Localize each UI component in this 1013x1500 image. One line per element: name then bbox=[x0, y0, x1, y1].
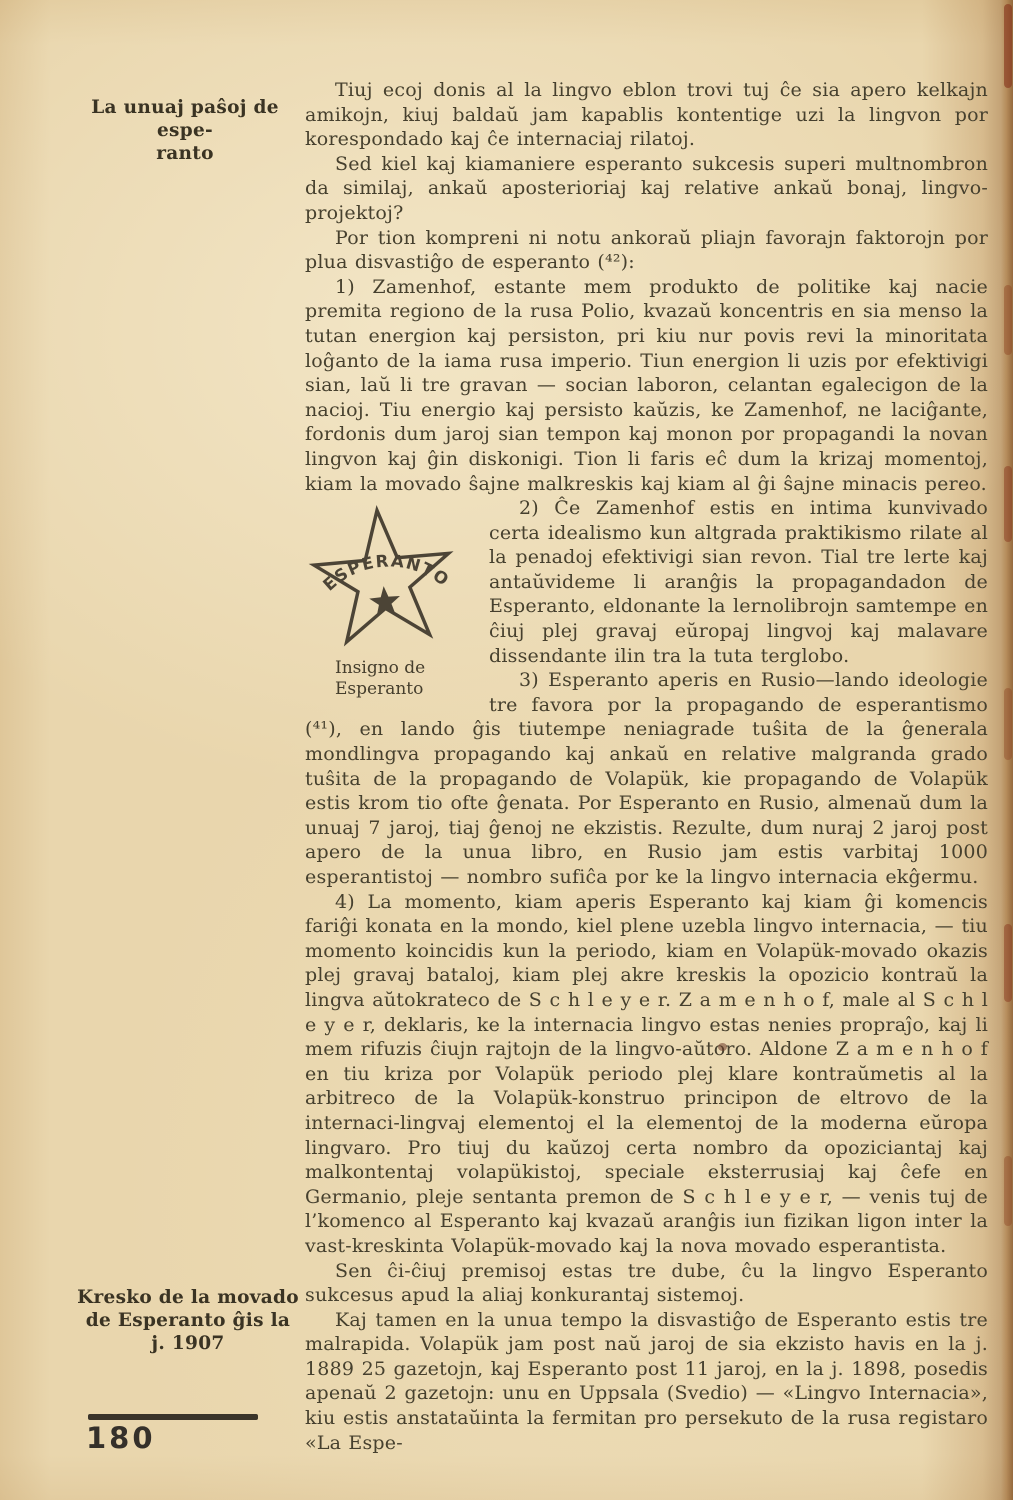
edge-stain-mark bbox=[1004, 688, 1012, 760]
margin-note-unuaj-pasoj: La unuaj paŝoj de espe- ranto bbox=[66, 96, 304, 165]
esperanto-star-figure: ESPERANTO Insigno de Esperanto bbox=[305, 498, 473, 700]
figure-caption: Insigno de Esperanto bbox=[335, 658, 473, 700]
edge-stain-mark bbox=[1004, 4, 1012, 88]
paragraph: Tiuj ecoj donis al la lingvo eblon trovi… bbox=[305, 78, 988, 152]
star-outline-icon bbox=[310, 505, 456, 645]
margin-note-line: ranto bbox=[66, 142, 304, 165]
paragraph: Sen ĉi-ĉiuj premisoj estas tre dube, ĉu … bbox=[305, 1259, 988, 1308]
ink-speck bbox=[718, 1043, 727, 1051]
figure-caption-line: Esperanto bbox=[335, 679, 473, 700]
margin-note-line: de Esperanto ĝis la bbox=[72, 1309, 304, 1332]
small-star-icon bbox=[368, 585, 401, 617]
paragraph: Por tion kompreni ni notu ankoraŭ pliajn… bbox=[305, 226, 988, 275]
margin-note-line: La unuaj paŝoj de espe- bbox=[66, 96, 304, 142]
edge-stain-mark bbox=[1004, 1156, 1012, 1226]
figure-caption-line: Insigno de bbox=[335, 658, 473, 679]
book-page-scan: La unuaj paŝoj de espe- ranto Kresko de … bbox=[0, 0, 1013, 1500]
margin-note-line: Kresko de la movado bbox=[72, 1286, 304, 1309]
margin-note-kresko-movado: Kresko de la movado de Esperanto ĝis la … bbox=[72, 1286, 304, 1355]
edge-stain-mark bbox=[1004, 924, 1012, 1002]
body-text-column: Tiuj ecoj donis al la lingvo eblon trovi… bbox=[305, 78, 988, 1455]
edge-stain-mark bbox=[1004, 285, 1012, 355]
esperanto-star-insignia-icon: ESPERANTO bbox=[307, 498, 459, 650]
paragraph: 1) Zamenhof, estante mem produkto de pol… bbox=[305, 275, 988, 496]
edge-stain-mark bbox=[1004, 466, 1012, 542]
page-number-rule bbox=[88, 1414, 258, 1420]
paragraph: 3) Esperanto aperis en Rusio—lando ideol… bbox=[305, 668, 988, 889]
page-number: 180 bbox=[86, 1421, 156, 1455]
paragraph: 4) La momento, kiam aperis Esperanto kaj… bbox=[305, 890, 988, 1259]
paragraph: Sed kiel kaj kiamaniere esperanto sukces… bbox=[305, 152, 988, 226]
paragraph: Kaj tamen en la unua tempo la disvastiĝo… bbox=[305, 1308, 988, 1456]
margin-note-line: j. 1907 bbox=[72, 1332, 304, 1355]
